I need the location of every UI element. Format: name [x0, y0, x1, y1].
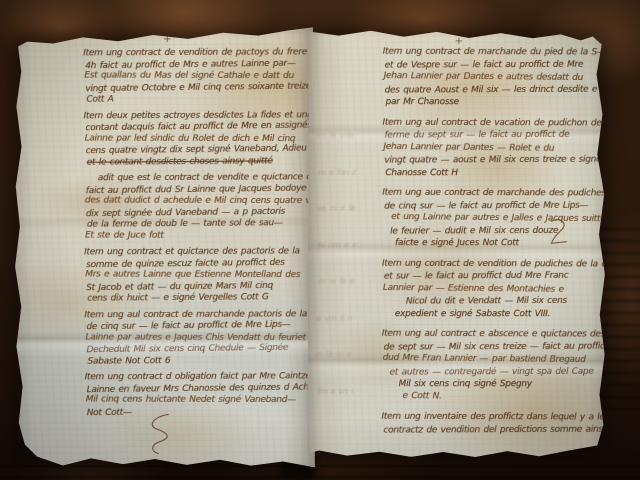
manuscript-line: ſe nm e v	[318, 239, 386, 252]
manuscript-line: Sabaste Not Cott 6	[87, 354, 315, 367]
manuscript-right-page: + ım ſe vnem e ſon ırve m ır ſeſe nm e v…	[307, 23, 609, 458]
manuscript-line: et ung Lainne par autres e Jalles e Jacq…	[391, 211, 609, 226]
manuscript-line: Item ung aul contract e abscence e quict…	[382, 328, 608, 341]
manuscript-line: Item ung aul contract de vacation de pud…	[382, 116, 608, 129]
manuscript-line: ſm e vn ı	[317, 385, 385, 398]
manuscript-line: Nicol du dit e Vendatt — Mil six cens	[406, 295, 609, 308]
manuscript-left-page: + Item ung contract de vendition de pact…	[13, 25, 315, 468]
manuscript-line: expedient e signé Sabaste Cott VIII.	[395, 308, 609, 321]
manuscript-line: ım ſe vne	[316, 129, 384, 142]
manuscript-line: Item ung contract de vendition de pudich…	[382, 257, 608, 270]
manuscript-paragraph: Item ung contract et quictance des pacto…	[84, 246, 314, 305]
notarial-paraph-flourish-icon	[143, 410, 177, 458]
manuscript-line: vingt quatre — aoust e Mil six cens trei…	[384, 154, 609, 167]
manuscript-paragraph: Item ung aul contract e abscence e quict…	[381, 328, 607, 404]
manuscript-line: et le contant desdictes choses ainsy qui…	[87, 155, 315, 168]
manuscript-line: Item ung contract de marchande du pied d…	[383, 46, 609, 59]
manuscript-line: Not Cott—	[87, 405, 315, 419]
manuscript-paragraph: Item ung contract de vendition de pactoy…	[83, 47, 313, 106]
manuscript-line: dud Mre Fran Lannier — par bastiend Breg…	[383, 352, 609, 367]
manuscript-line: Mil cinq cens huictante Nedet signé Vane…	[86, 395, 315, 407]
manuscript-paragraph: Item ung aue contract de marchande des p…	[382, 187, 608, 250]
manuscript-photo: + Item ung contract de vendition de pact…	[0, 0, 640, 480]
left-page-text-column: Item ung contract de vendition de pactoy…	[83, 47, 315, 423]
notarial-paraph-flourish-icon	[548, 216, 570, 248]
manuscript-line: Est quallans du Mas del signé Cathale e …	[84, 71, 314, 83]
ink-bleedthrough-column: ım ſe vnem e ſon ırve m ır ſeſe nm e vm …	[315, 130, 384, 422]
manuscript-line: de cinq sur — le faict au proffict de Mr…	[86, 319, 315, 333]
manuscript-paragraph: Item ung aul contract de vacation de pud…	[382, 116, 608, 179]
manuscript-line: ferme du sept sur — le faict au proffict…	[384, 129, 608, 142]
manuscript-paragraph: Item ung aul contract de marchande pacto…	[84, 309, 314, 368]
manuscript-line: Jehan Lannier par Dantes e autres desdat…	[384, 70, 609, 85]
manuscript-line: des datt dudict d achedule e Mil cinq ce…	[85, 196, 315, 208]
manuscript-paragraph: Item ung contract d obligation faict par…	[85, 371, 315, 418]
manuscript-line: le feurier — dudit e Mil six cens douze	[390, 224, 609, 237]
manuscript-line: Mil six cens cinq signé Spegny	[398, 378, 608, 390]
manuscript-line: et sur — le faict au proffict dud Mre Fr…	[384, 270, 609, 283]
manuscript-line: faicte e signé Juces Not Cott	[395, 237, 609, 250]
manuscript-paragraph: Item ung inventaire des proffictz dans l…	[381, 411, 607, 437]
manuscript-line: Item ung aue contract de marchande des p…	[382, 187, 608, 200]
manuscript-paragraph: Item ung contract de marchande du pied d…	[382, 46, 608, 109]
manuscript-line: Mrs e autres Lainne que Estienne Montell…	[85, 270, 315, 282]
manuscript-line: contant dacquis faict au proffict de Mre…	[85, 120, 315, 134]
manuscript-line: e vm ſı n	[317, 312, 385, 325]
manuscript-line: par Mr Chanosse	[385, 96, 608, 109]
manuscript-line: m e ſon ır	[318, 166, 386, 179]
manuscript-line: des quatre Aoust e Mil six — les drinct …	[385, 83, 609, 96]
manuscript-line: cens dix huict — e signé Vergelles Cott …	[87, 292, 315, 305]
manuscript-line: Item ung inventaire des proffictz dans l…	[381, 411, 607, 424]
manuscript-line: et autres — contregardé — vingt spa del …	[390, 365, 609, 378]
manuscript-line: de la ferme de doub le — tante sol de sa…	[87, 218, 315, 231]
manuscript-line: e Cott N.	[402, 390, 608, 405]
manuscript-paragraph: Item ung contract de vendition de pudich…	[382, 257, 608, 320]
manuscript-line: m ıv ſe e	[319, 275, 387, 288]
manuscript-paragraph: adit que est le contract de vendite e qu…	[84, 172, 314, 242]
manuscript-line: Cott A	[86, 93, 315, 106]
manuscript-line: ın ſe m e	[316, 348, 384, 361]
manuscript-line: contractz de vendition del predictions s…	[383, 423, 608, 436]
manuscript-line: Et ste de Juce fott	[85, 230, 315, 242]
manuscript-paragraph: Item deux petites actroyes desdictes La …	[83, 110, 313, 169]
right-page-text-column: Item ung contract de marchande du pied d…	[381, 46, 608, 445]
manuscript-line: Chanosse Cott H	[385, 167, 609, 180]
manuscript-line: ve m ır ſe	[317, 202, 385, 215]
